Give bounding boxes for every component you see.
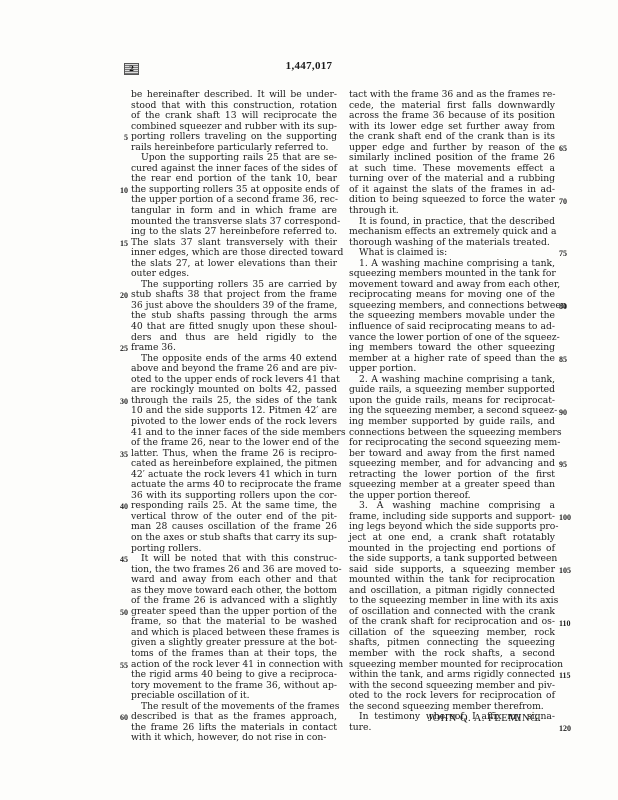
text-line: for reciprocating the second squeezing m… — [349, 438, 555, 449]
margin-line-number: 110 — [559, 619, 573, 628]
patent-number: 1,447,017 — [0, 60, 618, 72]
text-line: tact with the frame 36 and as the frames… — [349, 90, 555, 101]
margin-line-number: 80 — [559, 302, 573, 311]
text-line: 40 that are fitted snugly upon these sho… — [131, 322, 337, 333]
margin-line-number: 25 — [114, 344, 128, 353]
text-line: through it. — [349, 206, 555, 217]
text-line: of the frame 26, near to the lower end o… — [131, 438, 337, 449]
margin-line-number: 15 — [114, 239, 128, 248]
margin-line-number: 85 — [559, 355, 573, 364]
margin-line-number: 115 — [559, 671, 573, 680]
margin-line-number: 60 — [114, 713, 128, 722]
margin-line-number: 65 — [559, 144, 573, 153]
margin-line-number: 120 — [559, 724, 573, 733]
text-line: be hereinafter described. It will be und… — [131, 90, 337, 101]
margin-line-number: 100 — [559, 513, 573, 522]
margin-line-number: 35 — [114, 450, 128, 459]
text-line: toms of the frames than at their tops, t… — [131, 649, 337, 660]
margin-line-number: 40 — [114, 502, 128, 511]
margin-line-number: 20 — [114, 291, 128, 300]
margin-line-number: 10 — [114, 186, 128, 195]
text-line: on the axes or stub shafts that carry it… — [131, 533, 337, 544]
left-text-column: be hereinafter described. It will be und… — [131, 90, 337, 744]
margin-line-number: 70 — [559, 197, 573, 206]
margin-line-number: 50 — [114, 608, 128, 617]
margin-line-number: 5 — [114, 133, 128, 142]
inventor-signature: JOHN Q. A. FLEMING. — [428, 713, 541, 724]
text-line: pivoted to the lower ends of the rock le… — [131, 417, 337, 428]
margin-line-number: 105 — [559, 566, 573, 575]
text-line: ing member supported by guide rails, and — [349, 417, 555, 428]
margin-line-number: 55 — [114, 661, 128, 670]
margin-line-number: 90 — [559, 408, 573, 417]
margin-line-number: 95 — [559, 460, 573, 469]
margin-line-number: 30 — [114, 397, 128, 406]
text-line: influence of said reciprocating means to… — [349, 322, 555, 333]
margin-line-number: 45 — [114, 555, 128, 564]
text-line: member with the rock shafts, a second — [349, 649, 555, 660]
text-line: ject at one end, a crank shaft rotatably — [349, 533, 555, 544]
right-text-column: tact with the frame 36 and as the frames… — [349, 90, 555, 733]
text-line: ture. — [349, 723, 555, 734]
text-line: with it which, however, do not rise in c… — [131, 733, 337, 744]
patent-page: 2 1,447,017 be hereinafter described. It… — [0, 0, 618, 800]
margin-line-number: 75 — [559, 249, 573, 258]
text-line: tangular in form and in which frame are — [131, 206, 337, 217]
